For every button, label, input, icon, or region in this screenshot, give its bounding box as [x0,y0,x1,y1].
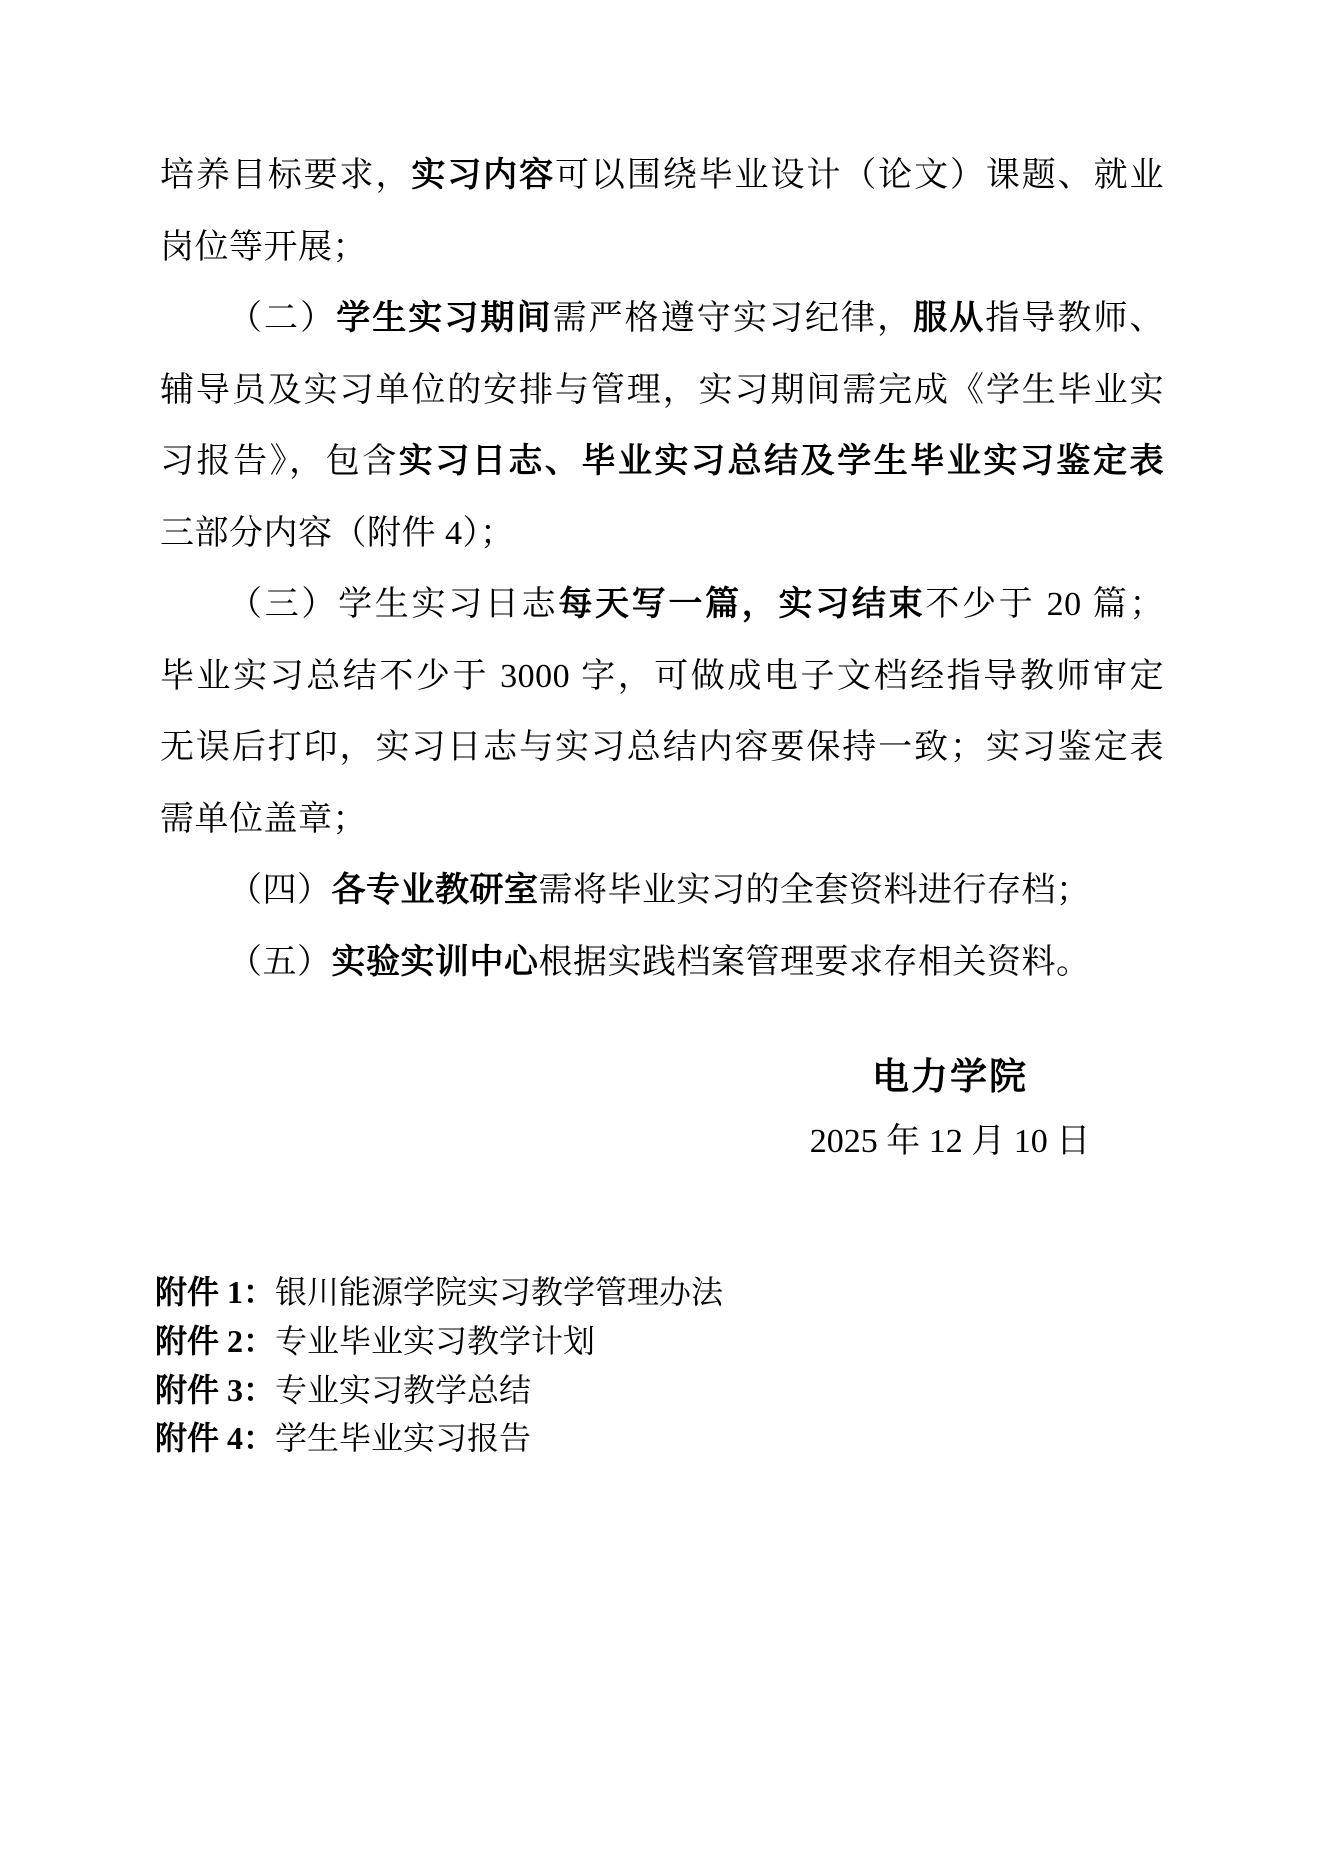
text-line: （四）各专业教研室需将毕业实习的全套资料进行存档； [160,855,1164,927]
text-line: （二）学生实习期间需严格遵守实习纪律，服从指导教师、 [160,283,1164,355]
text-segment: 实验实训中心 [332,944,539,981]
text-line: 毕业实习总结不少于 3000 字，可做成电子文档经指导教师审定 [160,641,1164,713]
text-segment: 辅导员及实习单位的安排与管理，实习期间需完成《学生毕业实 [160,372,1164,409]
text-segment: 三部分内容（附件 4）； [160,515,515,552]
paragraph: （二）学生实习期间需严格遵守实习纪律，服从指导教师、辅导员及实习单位的安排与管理… [160,283,1164,569]
text-line: 辅导员及实习单位的安排与管理，实习期间需完成《学生毕业实 [160,355,1164,427]
attachment-item: 附件 1：银川能源学院实习教学管理办法 [155,1268,1055,1317]
text-segment: 需严格遵守实习纪律， [553,300,914,337]
attachment-title: 银川能源学院实习教学管理办法 [275,1274,723,1310]
text-segment: 岗位等开展； [160,229,367,266]
text-line: （三）学生实习日志每天写一篇，实习结束不少于 20 篇； [160,569,1164,641]
text-segment: 指导教师、 [985,300,1164,337]
text-segment: 不少于 20 篇； [925,586,1164,623]
signature-block: 电力学院 2025 年 12 月 10 日 [700,1046,1200,1174]
text-line: 习报告》，包含实习日志、毕业实习总结及学生毕业实习鉴定表 [160,426,1164,498]
attachment-title: 专业实习教学总结 [275,1372,531,1408]
text-segment: 实习日志、毕业实习总结及学生毕业实习鉴定表 [399,443,1164,480]
text-segment: 每天写一篇，实习结束 [558,586,925,623]
text-segment: （五） [228,944,332,981]
paragraph: （四）各专业教研室需将毕业实习的全套资料进行存档； [160,855,1164,927]
text-segment: 学生实习期间 [336,300,552,337]
text-line: 无误后打印，实习日志与实习总结内容要保持一致；实习鉴定表 [160,712,1164,784]
signature-date: 2025 年 12 月 10 日 [700,1110,1200,1174]
text-line: 需单位盖章； [160,784,1164,856]
attachment-item: 附件 4：学生毕业实习报告 [155,1414,1055,1463]
attachment-label: 附件 2： [155,1323,275,1359]
attachment-title: 专业毕业实习教学计划 [275,1323,595,1359]
text-segment: 培养目标要求， [160,157,411,194]
document-page: 培养目标要求，实习内容可以围绕毕业设计（论文）课题、就业岗位等开展；（二）学生实… [0,0,1323,1871]
attachment-label: 附件 1： [155,1274,275,1310]
attachments-list: 附件 1：银川能源学院实习教学管理办法 附件 2：专业毕业实习教学计划 附件 3… [155,1268,1055,1463]
paragraph: （五）实验实训中心根据实践档案管理要求存相关资料。 [160,927,1164,999]
text-segment: 毕业实习总结不少于 3000 字，可做成电子文档经指导教师审定 [160,658,1164,695]
text-segment: 需单位盖章； [160,801,367,838]
attachment-label: 附件 4： [155,1420,275,1456]
text-line: 三部分内容（附件 4）； [160,498,1164,570]
text-segment: （三）学生实习日志 [228,586,558,623]
text-segment: 可以围绕毕业设计（论文）课题、就业 [555,157,1164,194]
attachment-title: 学生毕业实习报告 [275,1420,531,1456]
text-segment: 需将毕业实习的全套资料进行存档； [539,872,1091,909]
text-segment: 服从 [913,300,985,337]
attachment-item: 附件 2：专业毕业实习教学计划 [155,1317,1055,1366]
text-line: 岗位等开展； [160,212,1164,284]
document-body: 培养目标要求，实习内容可以围绕毕业设计（论文）课题、就业岗位等开展；（二）学生实… [160,140,1164,998]
text-segment: （四） [228,872,332,909]
attachment-item: 附件 3：专业实习教学总结 [155,1366,1055,1415]
text-segment: 根据实践档案管理要求存相关资料。 [539,944,1091,981]
signature-org: 电力学院 [700,1046,1200,1110]
text-line: （五）实验实训中心根据实践档案管理要求存相关资料。 [160,927,1164,999]
text-segment: 各专业教研室 [332,872,539,909]
text-segment: （二） [228,300,336,337]
text-segment: 无误后打印，实习日志与实习总结内容要保持一致；实习鉴定表 [160,729,1164,766]
text-segment: 实习内容 [411,157,555,194]
attachment-label: 附件 3： [155,1372,275,1408]
text-segment: 习报告》，包含 [160,443,399,480]
paragraph: （三）学生实习日志每天写一篇，实习结束不少于 20 篇；毕业实习总结不少于 30… [160,569,1164,855]
text-line: 培养目标要求，实习内容可以围绕毕业设计（论文）课题、就业 [160,140,1164,212]
paragraph: 培养目标要求，实习内容可以围绕毕业设计（论文）课题、就业岗位等开展； [160,140,1164,283]
